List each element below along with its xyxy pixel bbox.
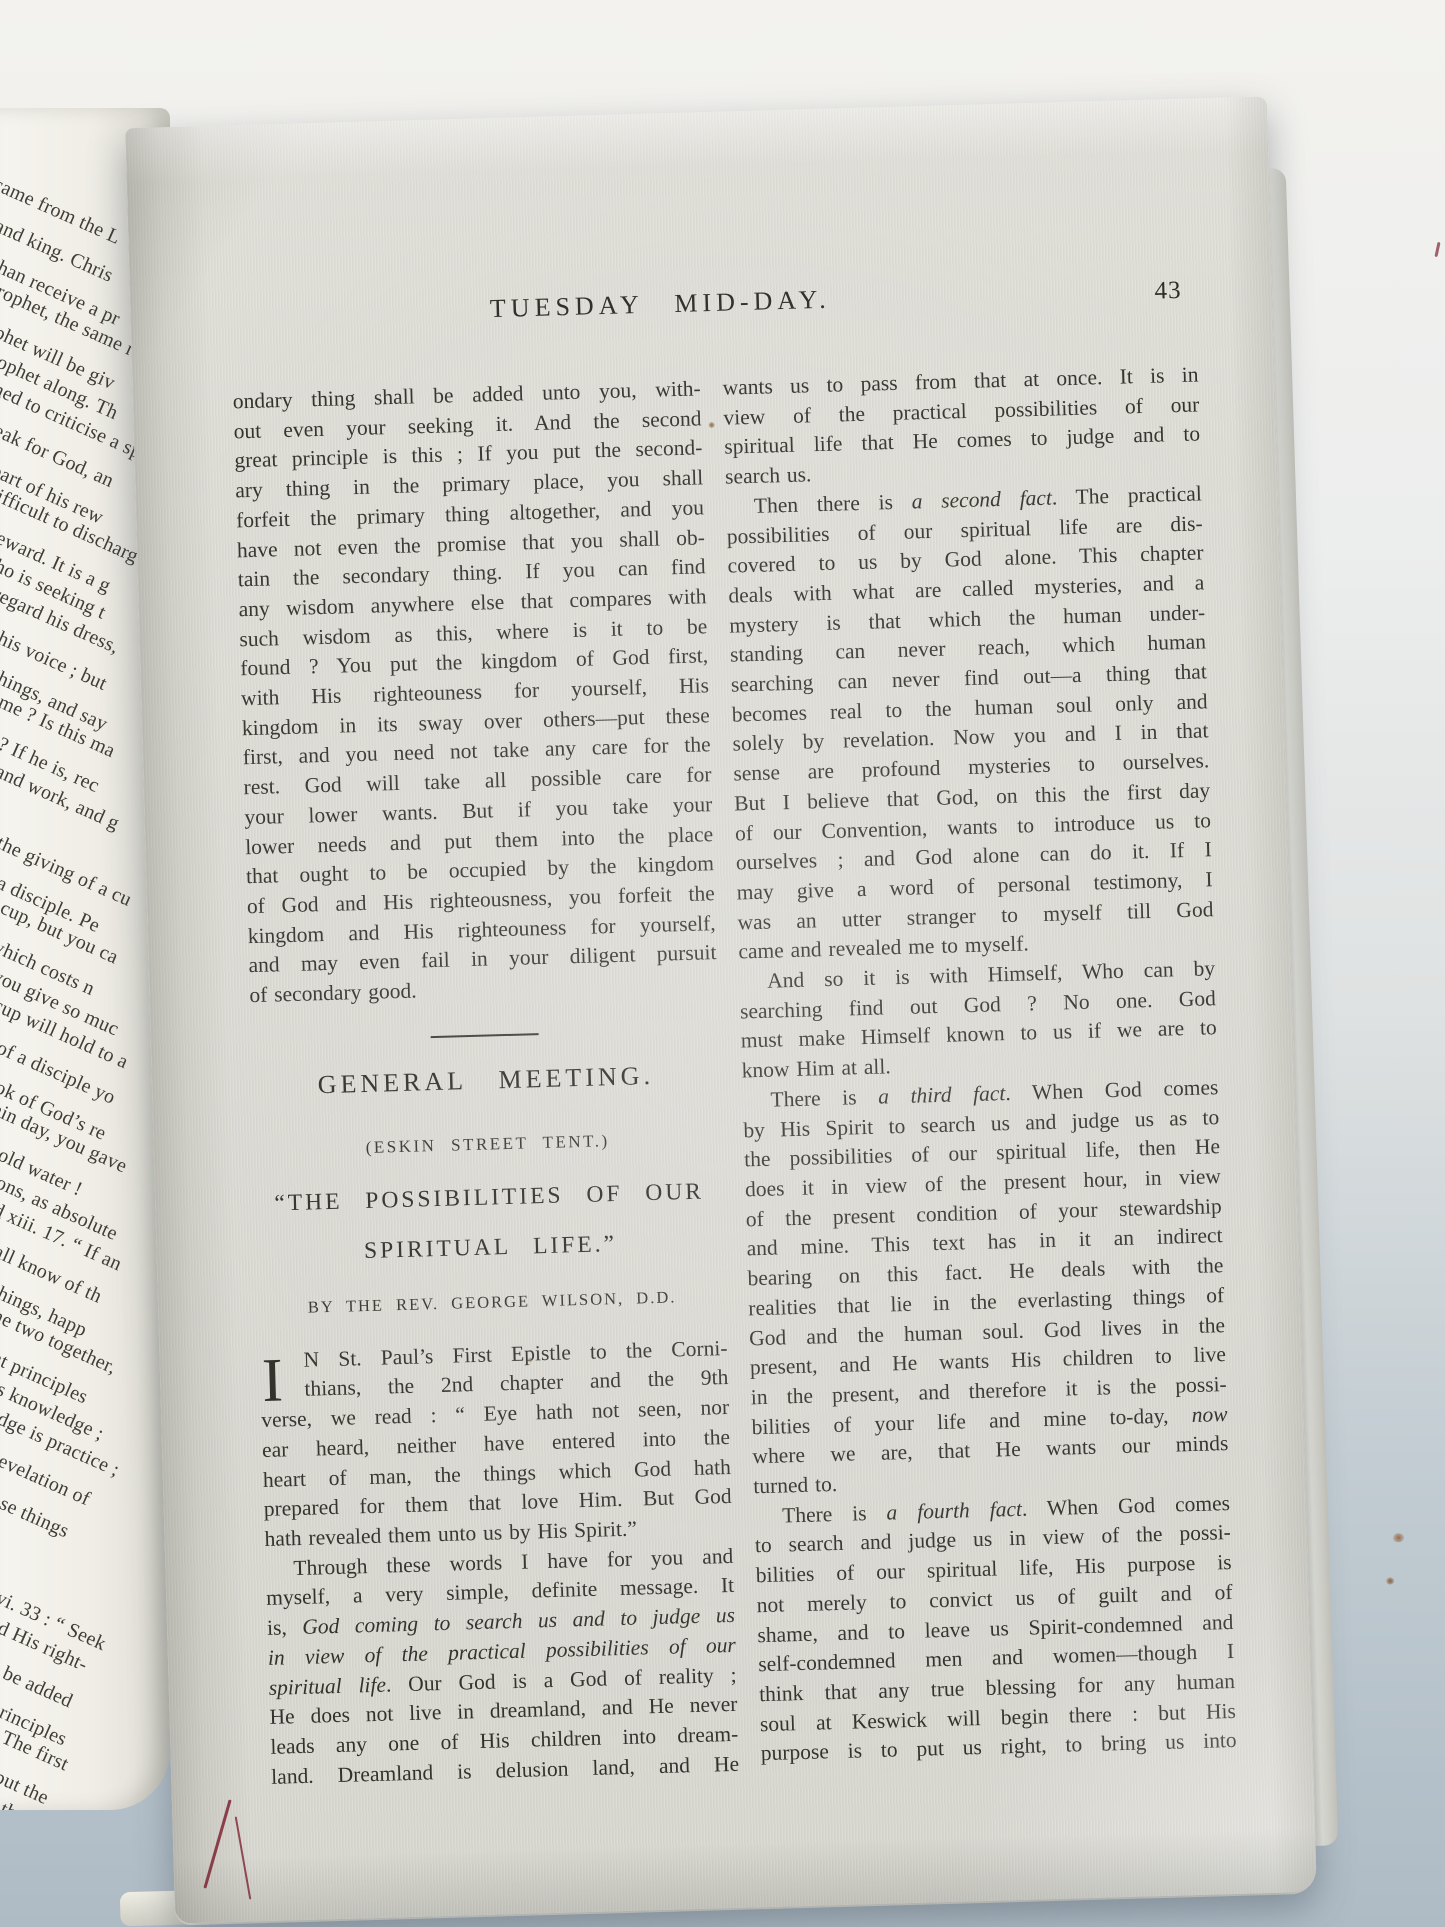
section-heading-block: GENERAL MEETING. (ESKIN STREET TENT.) “T…: [251, 1028, 727, 1319]
foxing-speck: [1393, 1533, 1404, 1542]
venue-line: (ESKIN STREET TENT.): [253, 1128, 721, 1161]
left-column-part1: ondary thing shall be added unto you, wi…: [232, 374, 717, 1011]
left-column-part2-lines: N St. Paul’s First Epistle to the Corni-…: [259, 1334, 739, 1792]
section-divider-rule: [431, 1033, 539, 1038]
binding-thread: [1434, 242, 1440, 257]
sermon-title-line1: “THE POSSIBILITIES OF OUR: [255, 1176, 724, 1219]
book-page: TUESDAY MID-DAY. 43 ondary thing shall b…: [125, 96, 1317, 1923]
left-column-part2: I N St. Paul’s First Epistle to the Corn…: [259, 1334, 739, 1792]
foxing-speck: [1386, 1577, 1394, 1584]
drop-cap: I: [261, 1349, 283, 1412]
running-head: TUESDAY MID-DAY.: [130, 275, 1190, 335]
page-number: 43: [1138, 276, 1199, 306]
foxing-speck: [709, 422, 715, 428]
meeting-title: GENERAL MEETING.: [252, 1058, 721, 1103]
right-column: wants us to pass from that at once. It i…: [722, 360, 1237, 1769]
photo-of-open-book: came from the Lst and king. Chrisore tha…: [0, 0, 1445, 1927]
left-column: ondary thing shall be added unto you, wi…: [232, 374, 739, 1792]
sermon-title-line2: SPIRITUAL LIFE.”: [256, 1226, 725, 1269]
byline: BY THE REV. GEORGE WILSON, D.D.: [258, 1286, 726, 1319]
